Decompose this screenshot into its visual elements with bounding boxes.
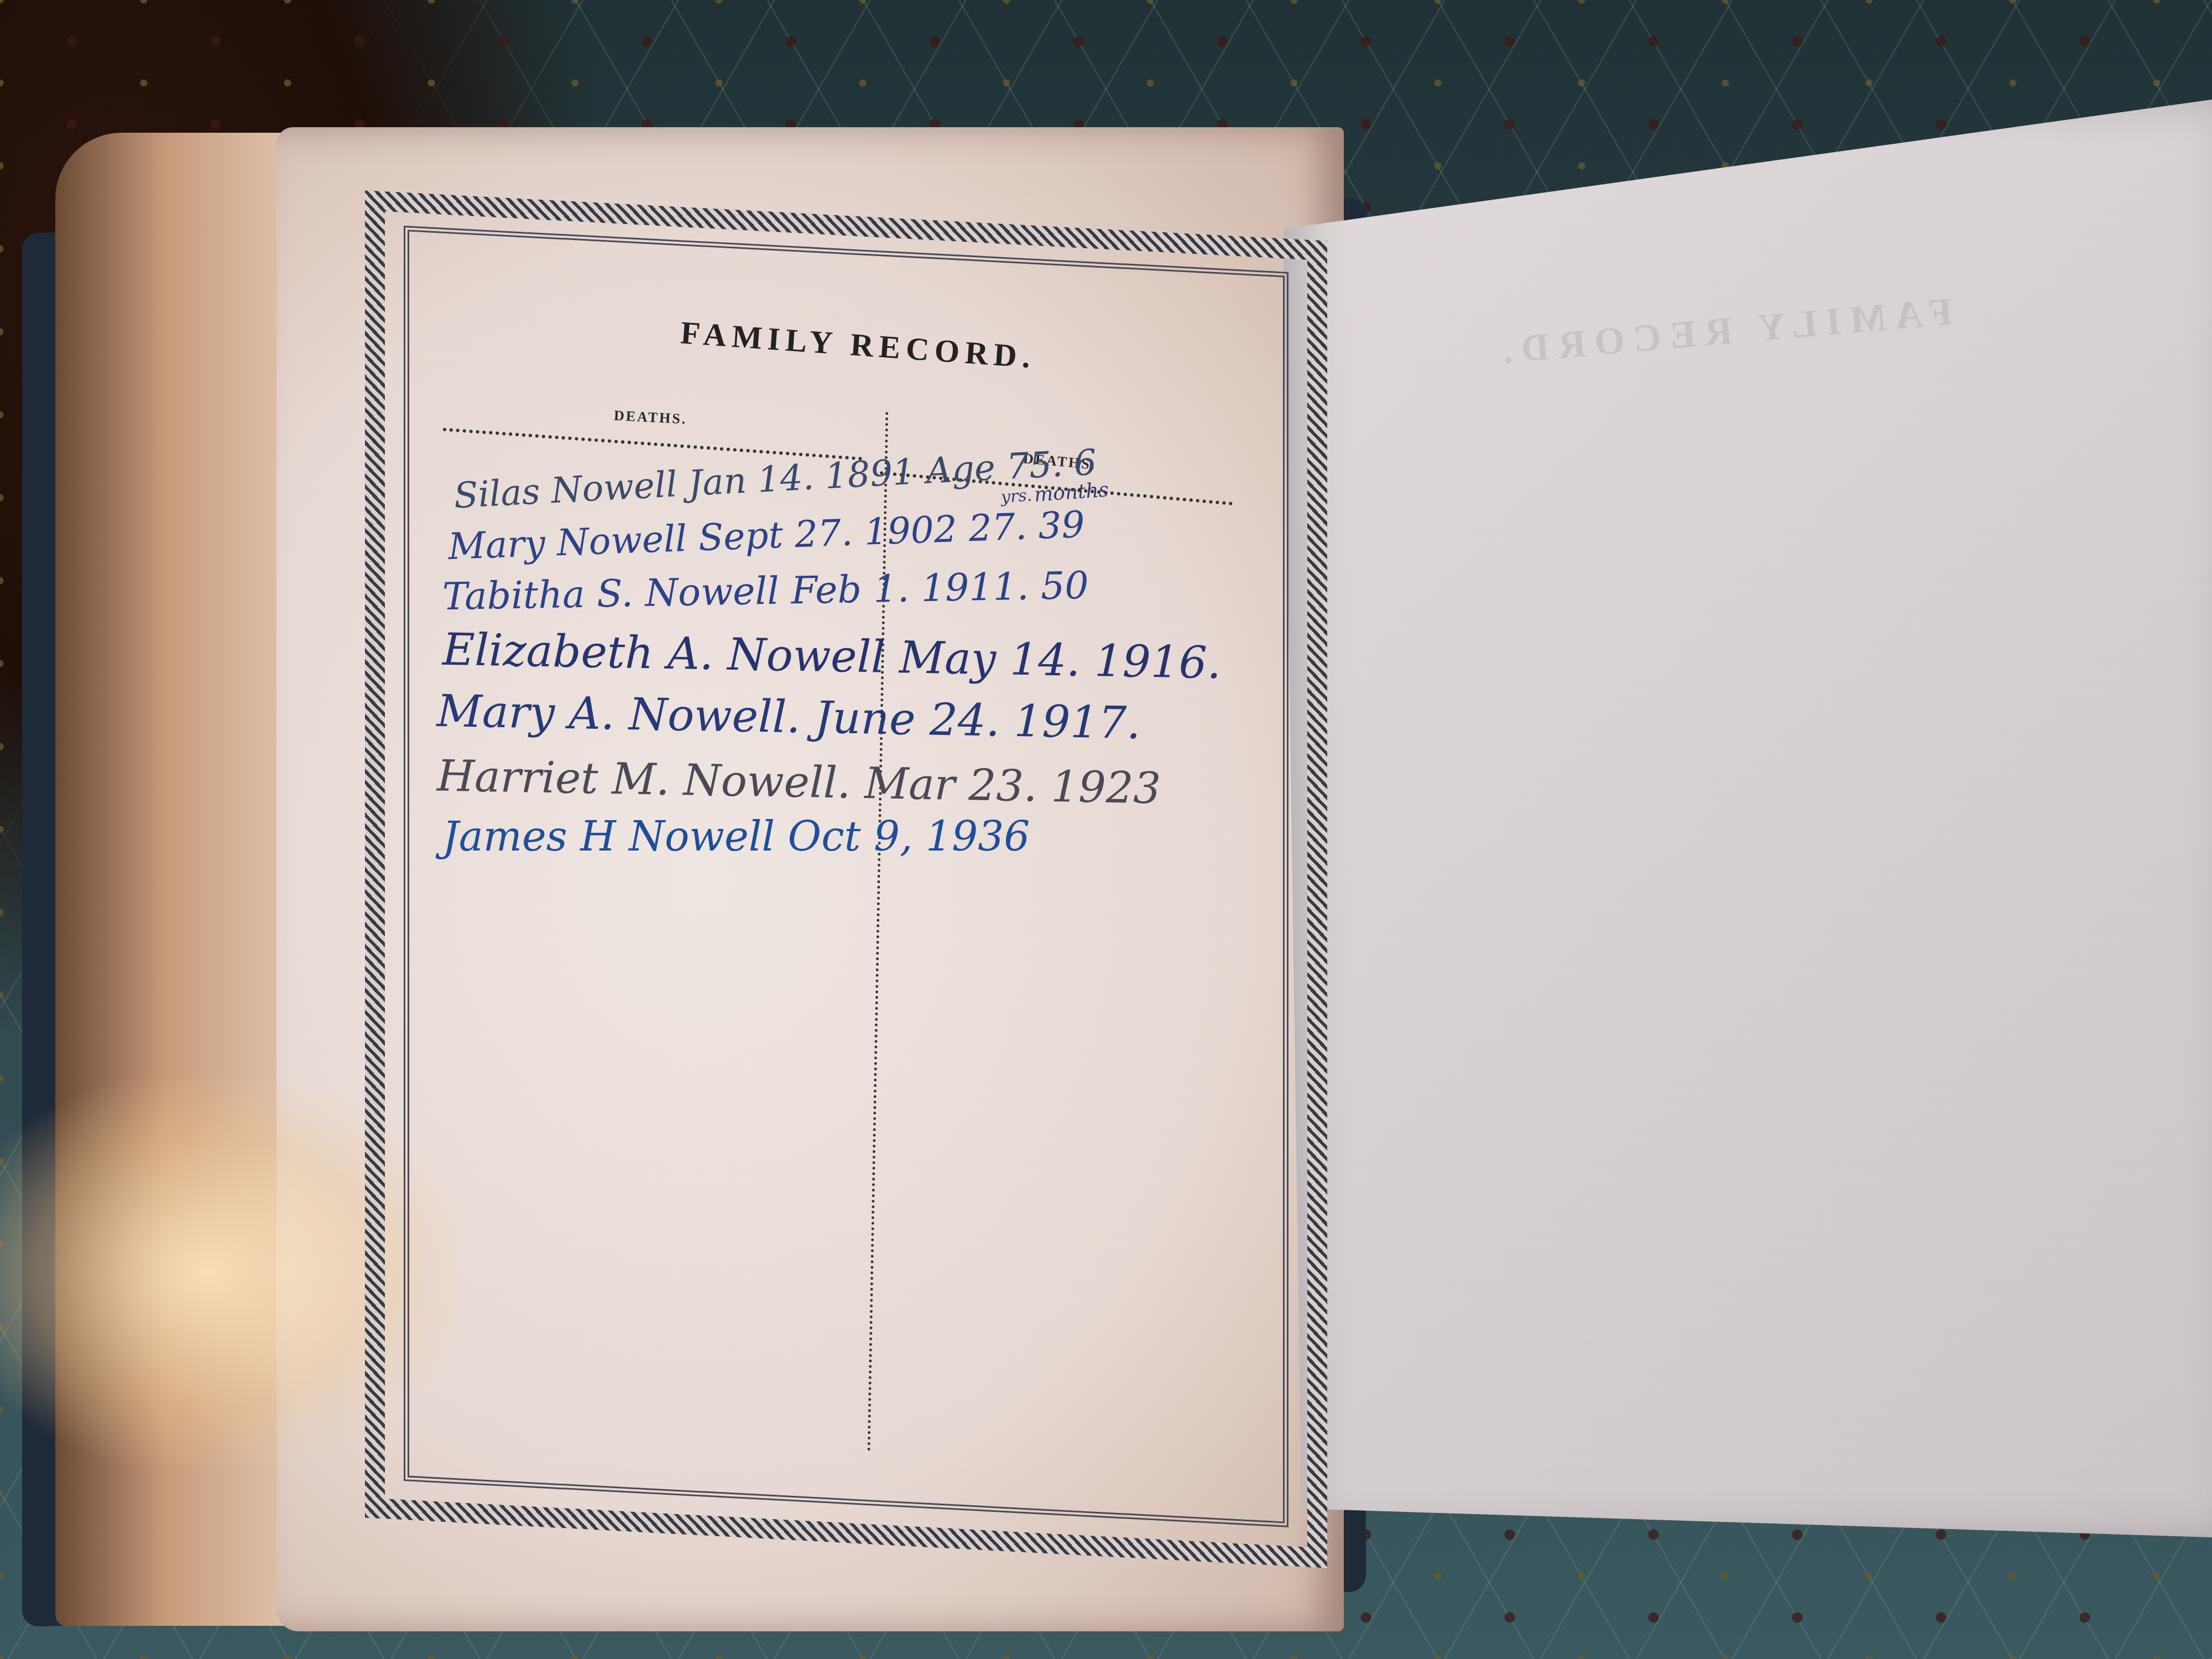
entry-date: May 14. 1916. xyxy=(899,632,1221,688)
entry-name: Harriet M. Nowell. xyxy=(436,752,865,808)
entry-name: Mary Nowell xyxy=(447,517,699,568)
entry-name: James H Nowell xyxy=(442,813,788,860)
entry-age: 27. 39 xyxy=(968,503,1085,550)
entry-name: Mary A. Nowell. xyxy=(436,685,815,743)
entry-date: Oct 9, 1936 xyxy=(788,813,1030,860)
death-entry: James H Nowell Oct 9, 1936 xyxy=(442,813,1030,860)
entry-date: Feb 1. 1911. xyxy=(791,565,1041,613)
entry-age: 50 xyxy=(1040,564,1089,608)
age-years-label: yrs. xyxy=(1000,486,1033,507)
engraved-border xyxy=(365,216,1327,1543)
entry-name: Tabitha S. Nowell xyxy=(442,569,791,619)
entry-date: June 24. 1917. xyxy=(814,692,1141,749)
entry-date: Mar 23. 1923 xyxy=(864,759,1161,813)
entry-name: Elizabeth A. Nowell xyxy=(442,624,900,683)
border-inner xyxy=(404,226,1288,1527)
